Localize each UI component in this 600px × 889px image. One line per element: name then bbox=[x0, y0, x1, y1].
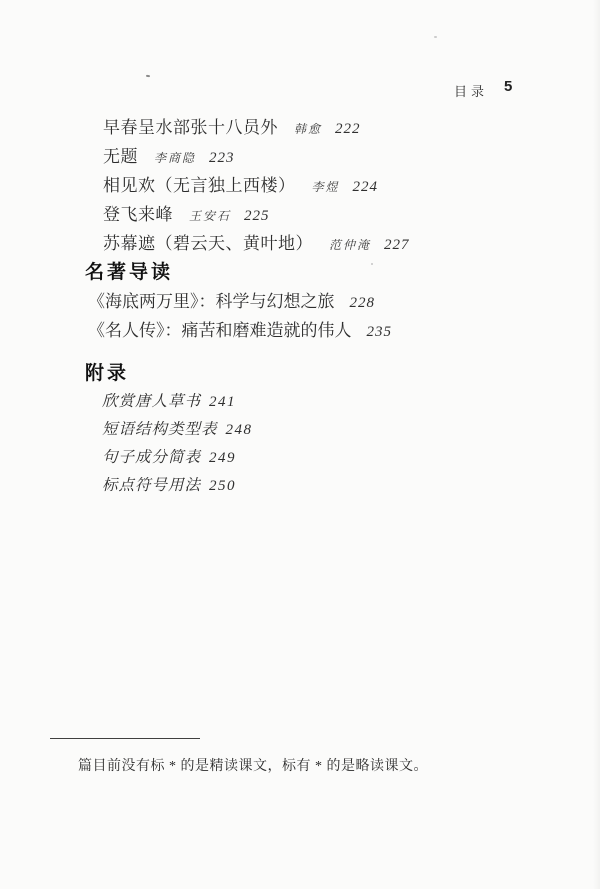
entry-author: 李商隐 bbox=[154, 144, 196, 173]
entry-title: 相见欢（无言独上西楼） bbox=[103, 171, 296, 200]
entry-page-number: 228 bbox=[350, 289, 376, 318]
entry-author: 范仲淹 bbox=[329, 231, 371, 260]
entry-title: 早春呈水部张十八员外 bbox=[103, 113, 278, 142]
toc-entry: 标点符号用法 250 bbox=[0, 472, 600, 500]
entry-title: 《名人传》：痛苦和磨难造就的伟人 bbox=[88, 316, 352, 345]
toc-entry: 短语结构类型表 248 bbox=[0, 416, 600, 444]
entry-author: 韩愈 bbox=[294, 115, 322, 144]
entry-author: 王安石 bbox=[189, 202, 231, 231]
toc-entry: 《海底两万里》：科学与幻想之旅 228 bbox=[0, 287, 600, 316]
entry-page-number: 250 bbox=[209, 472, 236, 500]
entry-title: 《海底两万里》：科学与幻想之旅 bbox=[88, 287, 335, 316]
toc-entry: 登飞来峰 王安石 225 bbox=[0, 200, 600, 229]
scanned-toc-page: 目录 5 早春呈水部张十八员外 韩愈 222 无题 李商隐 223 相见欢（无言… bbox=[0, 0, 600, 889]
section-heading-appendix: 附录 bbox=[0, 359, 600, 388]
toc-entry: 相见欢（无言独上西楼） 李煜 224 bbox=[0, 171, 600, 200]
toc-entry: 欣赏唐人草书 241 bbox=[0, 388, 600, 416]
running-head-section-label: 目录 bbox=[454, 81, 488, 100]
toc-entry: 早春呈水部张十八员外 韩愈 222 bbox=[0, 113, 600, 142]
entry-title: 登飞来峰 bbox=[103, 200, 173, 229]
toc-entry: 无题 李商隐 223 bbox=[0, 142, 600, 171]
running-head-page-number: 5 bbox=[504, 78, 512, 95]
entry-title: 无题 bbox=[103, 142, 138, 171]
entry-page-number: 223 bbox=[209, 144, 235, 173]
entry-page-number: 222 bbox=[335, 115, 361, 144]
entry-page-number: 248 bbox=[226, 416, 253, 444]
entry-page-number: 225 bbox=[244, 202, 270, 231]
entry-page-number: 241 bbox=[209, 388, 236, 416]
entry-page-number: 235 bbox=[367, 318, 393, 347]
section-heading-famous-books: 名著导读 bbox=[0, 258, 600, 287]
entry-title: 句子成分简表 bbox=[102, 444, 201, 472]
footnote-rule bbox=[50, 738, 200, 739]
entry-title: 标点符号用法 bbox=[102, 472, 201, 500]
toc-entry: 《名人传》：痛苦和磨难造就的伟人 235 bbox=[0, 316, 600, 345]
scan-speck bbox=[146, 75, 150, 78]
footnote-text: 篇目前没有标 * 的是精读课文，标有 * 的是略读课文。 bbox=[78, 755, 428, 775]
entry-author: 李煜 bbox=[312, 173, 340, 202]
entry-page-number: 227 bbox=[384, 231, 410, 260]
entry-title: 欣赏唐人草书 bbox=[102, 388, 201, 416]
scan-speck bbox=[371, 263, 373, 265]
table-of-contents: 早春呈水部张十八员外 韩愈 222 无题 李商隐 223 相见欢（无言独上西楼）… bbox=[0, 113, 600, 500]
entry-page-number: 224 bbox=[353, 173, 379, 202]
entry-page-number: 249 bbox=[209, 444, 236, 472]
scan-speck bbox=[434, 36, 437, 38]
entry-title: 苏幕遮（碧云天、黄叶地） bbox=[103, 229, 313, 258]
entry-title: 短语结构类型表 bbox=[102, 416, 218, 444]
toc-entry: 苏幕遮（碧云天、黄叶地） 范仲淹 227 bbox=[0, 229, 600, 258]
toc-entry: 句子成分简表 249 bbox=[0, 444, 600, 472]
